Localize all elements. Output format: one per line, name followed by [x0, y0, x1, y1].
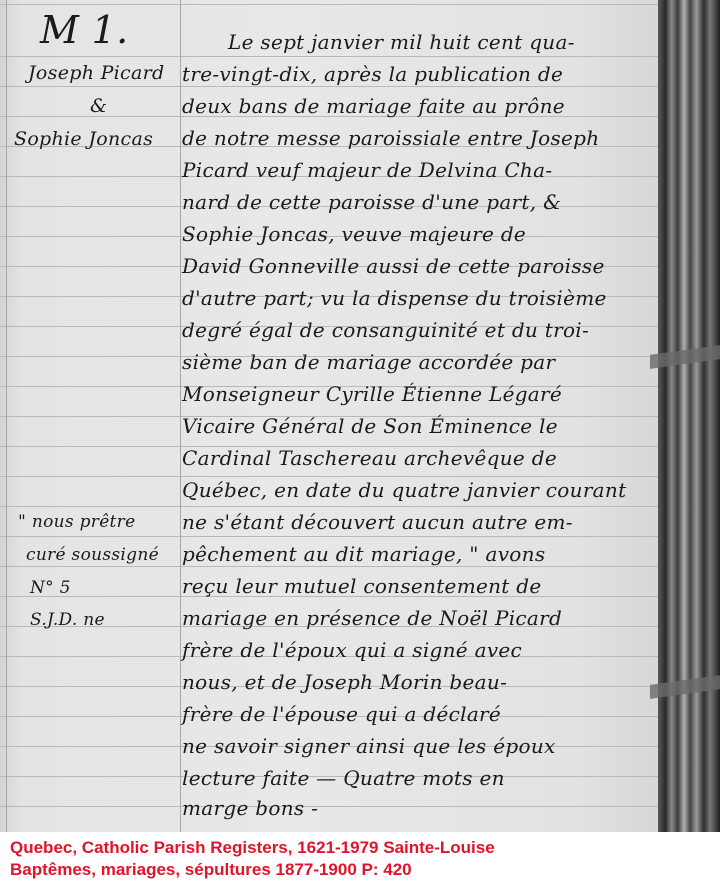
body-line: Sophie Joncas, veuve majeure de: [182, 222, 526, 246]
body-line: reçu leur mutuel consentement de: [182, 574, 542, 598]
margin-note-line: " nous prêtre: [18, 512, 135, 532]
body-line: frère de l'époux qui a signé avec: [182, 638, 522, 662]
body-line: nous, et de Joseph Morin beau-: [182, 670, 507, 694]
body-line: mariage en présence de Noël Picard: [182, 606, 562, 630]
margin-ampersand: &: [90, 95, 107, 117]
body-line: Québec, en date du quatre janvier couran…: [182, 478, 626, 502]
margin-groom-name: Joseph Picard: [28, 62, 164, 84]
body-line: frère de l'épouse qui a déclaré: [182, 702, 501, 726]
body-line: marge bons -: [182, 796, 318, 820]
register-page-scan: M 1. Joseph Picard & Sophie Joncas " nou…: [0, 0, 720, 832]
caption-line-1: Quebec, Catholic Parish Registers, 1621-…: [10, 838, 495, 858]
body-line: tre-vingt-dix, après la publication de: [182, 62, 563, 86]
caption-line-2: Baptêmes, mariages, sépultures 1877-1900…: [10, 860, 412, 880]
entry-number: M 1.: [40, 8, 128, 52]
body-line: nard de cette paroisse d'une part, &: [182, 190, 561, 214]
body-line: lecture faite — Quatre mots en: [182, 766, 505, 790]
body-line: ne savoir signer ainsi que les époux: [182, 734, 556, 758]
margin-note-line: curé soussigné: [26, 545, 159, 565]
body-line: Monseigneur Cyrille Étienne Légaré: [182, 382, 562, 406]
body-line: ne s'étant découvert aucun autre em-: [182, 510, 573, 534]
body-line: d'autre part; vu la dispense du troisièm…: [182, 286, 607, 310]
body-line: degré égal de consanguinité et du troi-: [182, 318, 589, 342]
body-line: deux bans de mariage faite au prône: [182, 94, 565, 118]
body-line: David Gonneville aussi de cette paroisse: [182, 254, 605, 278]
margin-divider-line: [180, 0, 181, 832]
margin-note-line: N° 5: [30, 578, 71, 598]
left-page-edge-line: [6, 0, 7, 832]
body-line: Cardinal Taschereau archevêque de: [182, 446, 557, 470]
book-binding: [658, 0, 720, 832]
body-line: pêchement au dit mariage, " avons: [182, 542, 545, 566]
body-line: sième ban de mariage accordée par: [182, 350, 555, 374]
body-line: de notre messe paroissiale entre Joseph: [182, 126, 599, 150]
body-line: Picard veuf majeur de Delvina Cha-: [182, 158, 552, 182]
body-line: Le sept janvier mil huit cent qua-: [228, 30, 575, 54]
margin-bride-name: Sophie Joncas: [14, 128, 153, 150]
body-line: Vicaire Général de Son Éminence le: [182, 414, 558, 438]
margin-note-line: S.J.D. ne: [30, 610, 105, 630]
